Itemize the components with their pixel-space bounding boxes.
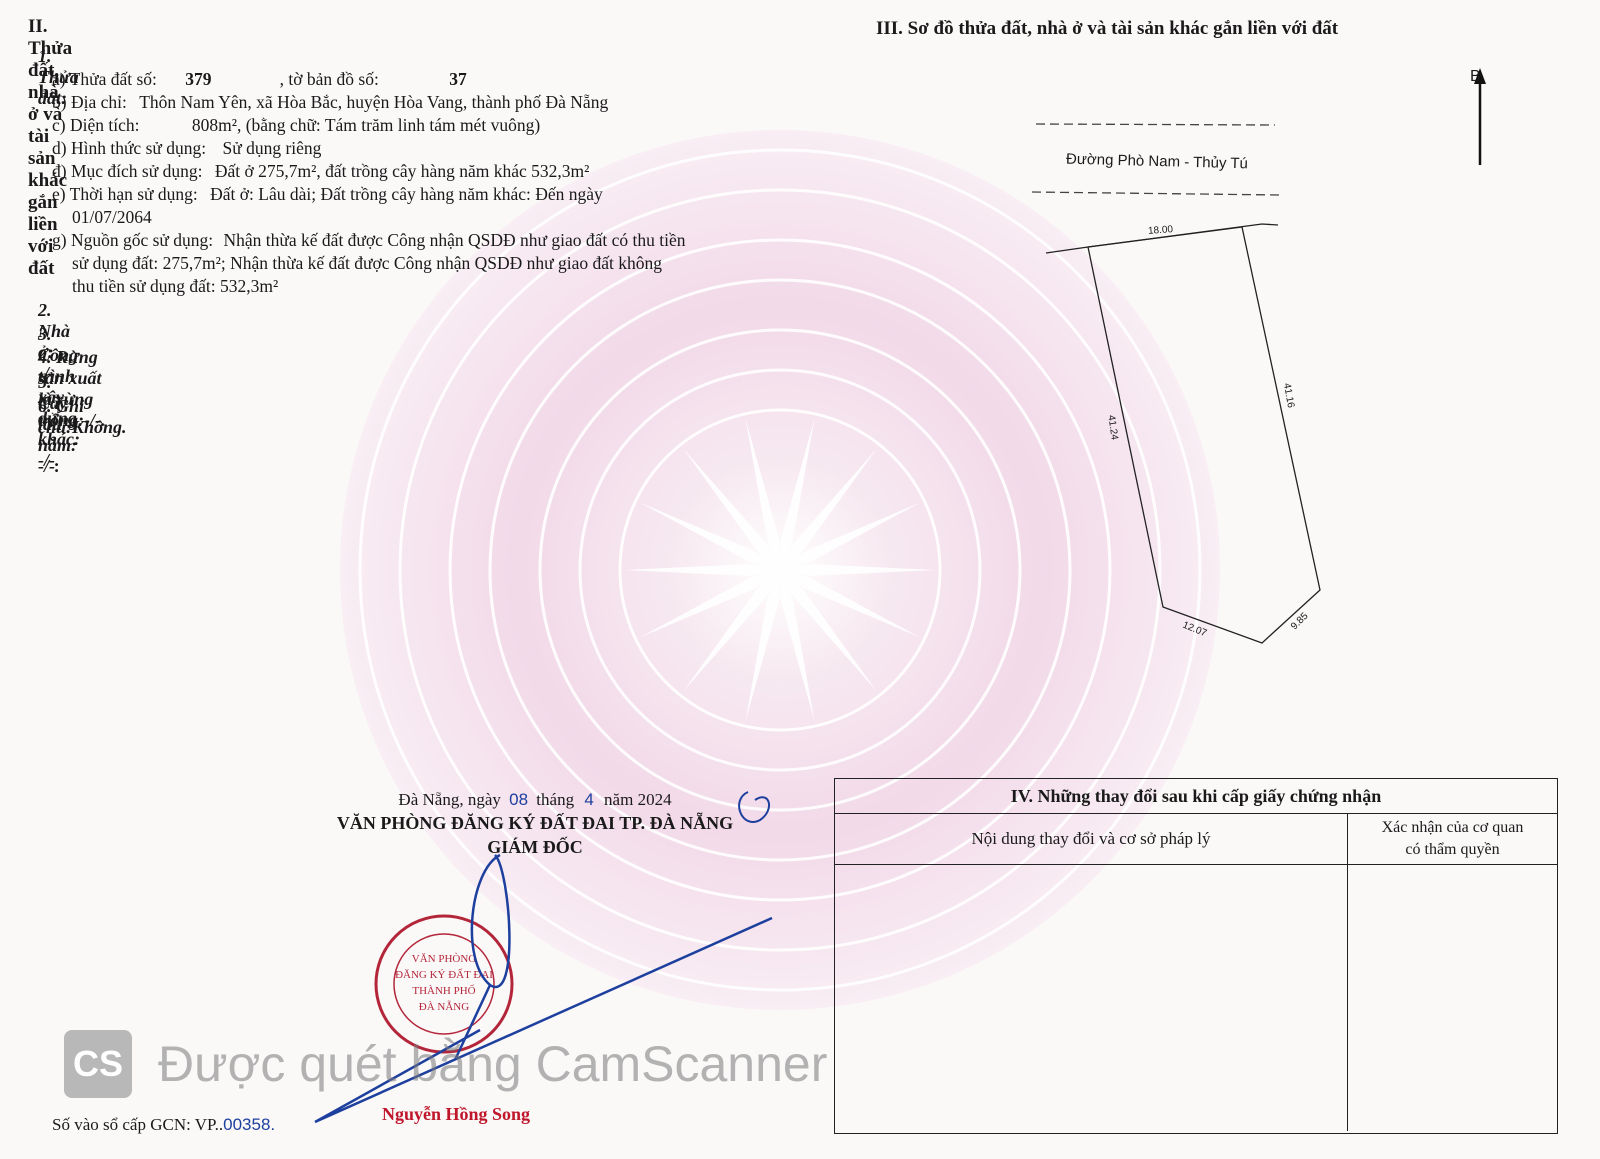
issue-day: 08	[505, 790, 532, 809]
north-label: B	[1470, 68, 1481, 86]
registry-number: Số vào sổ cấp GCN: VP..00358.	[52, 1115, 275, 1135]
changes-confirmation-cell	[1348, 865, 1557, 1131]
section-4-title: IV. Những thay đổi sau khi cấp giấy chứn…	[835, 779, 1557, 814]
svg-text:ĐĂNG KÝ ĐẤT ĐAI: ĐĂNG KÝ ĐẤT ĐAI	[395, 968, 493, 981]
signer-position: GIÁM ĐỐC	[300, 837, 770, 858]
svg-text:VĂN PHÒNG: VĂN PHÒNG	[412, 953, 477, 965]
issuing-office: VĂN PHÒNG ĐĂNG KÝ ĐẤT ĐAI TP. ĐÀ NẴNG	[300, 813, 770, 834]
changes-content-cell	[835, 865, 1348, 1131]
column-header-content: Nội dung thay đổi và cơ sở pháp lý	[835, 814, 1348, 864]
issue-date: Đà Nẵng, ngày 08 tháng 4 năm 2024	[300, 790, 770, 810]
issue-month: 4	[578, 790, 599, 809]
changes-table: IV. Những thay đổi sau khi cấp giấy chứn…	[834, 778, 1558, 1134]
dim-top: 18.00	[1148, 224, 1174, 237]
signer-name: Nguyễn Hồng Song	[382, 1104, 530, 1125]
camscanner-watermark: CS Được quét bằng CamScanner	[64, 1030, 827, 1098]
svg-text:THÀNH PHỐ: THÀNH PHỐ	[412, 984, 475, 997]
column-header-confirmation: Xác nhận của cơ quan có thẩm quyền	[1348, 814, 1557, 864]
signing-block: Đà Nẵng, ngày 08 tháng 4 năm 2024 VĂN PH…	[300, 790, 770, 858]
camscanner-logo-icon: CS	[64, 1030, 132, 1098]
watermark-text: Được quét bằng CamScanner	[158, 1035, 827, 1093]
svg-text:ĐÀ NẴNG: ĐÀ NẴNG	[419, 1000, 469, 1013]
